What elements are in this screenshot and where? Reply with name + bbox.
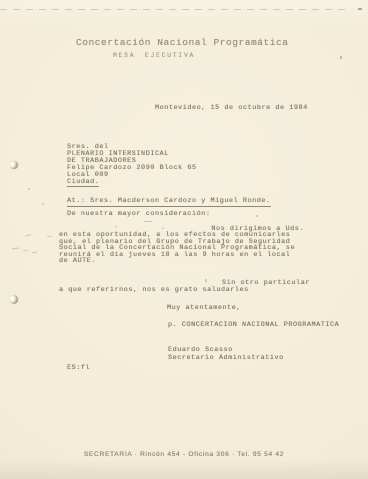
- signer-name: Eduardo Scasso: [168, 347, 233, 354]
- paper-speck: [28, 188, 30, 190]
- pencil-scribble: [23, 250, 29, 252]
- pencil-scribble: [12, 248, 19, 250]
- pencil-scribble: [47, 236, 52, 238]
- typist-initials: ES:fl: [67, 365, 90, 372]
- paper-speck: [42, 203, 44, 205]
- signer-title: Secretario Administrativo: [168, 355, 284, 362]
- valediction: Muy atentamente,: [167, 305, 241, 312]
- letterhead-title: Concertación Nacional Programática: [76, 39, 289, 46]
- salutation: De nuestra mayor consideración:: [67, 211, 211, 218]
- pencil-scribble: [25, 234, 31, 236]
- body-paragraph: Nos dirigimos a Uds. en esta oportunidad…: [59, 226, 304, 265]
- paper-crease: [0, 9, 346, 10]
- punch-hole: [10, 161, 18, 169]
- closing-line: a que referirnos, nos es grato saludarle…: [59, 287, 249, 294]
- letterhead-subtitle: MESA EJECUTIVA: [113, 52, 195, 59]
- letter-document: Concertación Nacional Programática MESA …: [0, 0, 368, 479]
- punch-hole: [10, 295, 18, 304]
- paper-speck: [340, 56, 342, 59]
- paper-speck: [358, 8, 362, 10]
- recipient-block: Sres. del PLENARIO INTERSINDICAL DE TRAB…: [67, 144, 197, 187]
- pencil-scribble: [144, 221, 152, 222]
- paper-speck: [256, 215, 258, 217]
- pencil-scribble: [32, 252, 37, 253]
- recipient-line: Ciudad.: [67, 179, 99, 187]
- body-line: de AUTE.: [59, 258, 304, 264]
- dateline: Montevideo, 15 de octubre de 1984: [155, 105, 308, 112]
- footer-line: SECRETARIA · Rincón 454 - Oficina 306 · …: [0, 451, 368, 458]
- attention-line: At.: Sres. Macderson Cardozo y Miguel Ro…: [67, 198, 271, 207]
- signature-org: p. CONCERTACION NACIONAL PROGRAMATICA: [168, 322, 339, 329]
- paper-speck: [205, 279, 207, 282]
